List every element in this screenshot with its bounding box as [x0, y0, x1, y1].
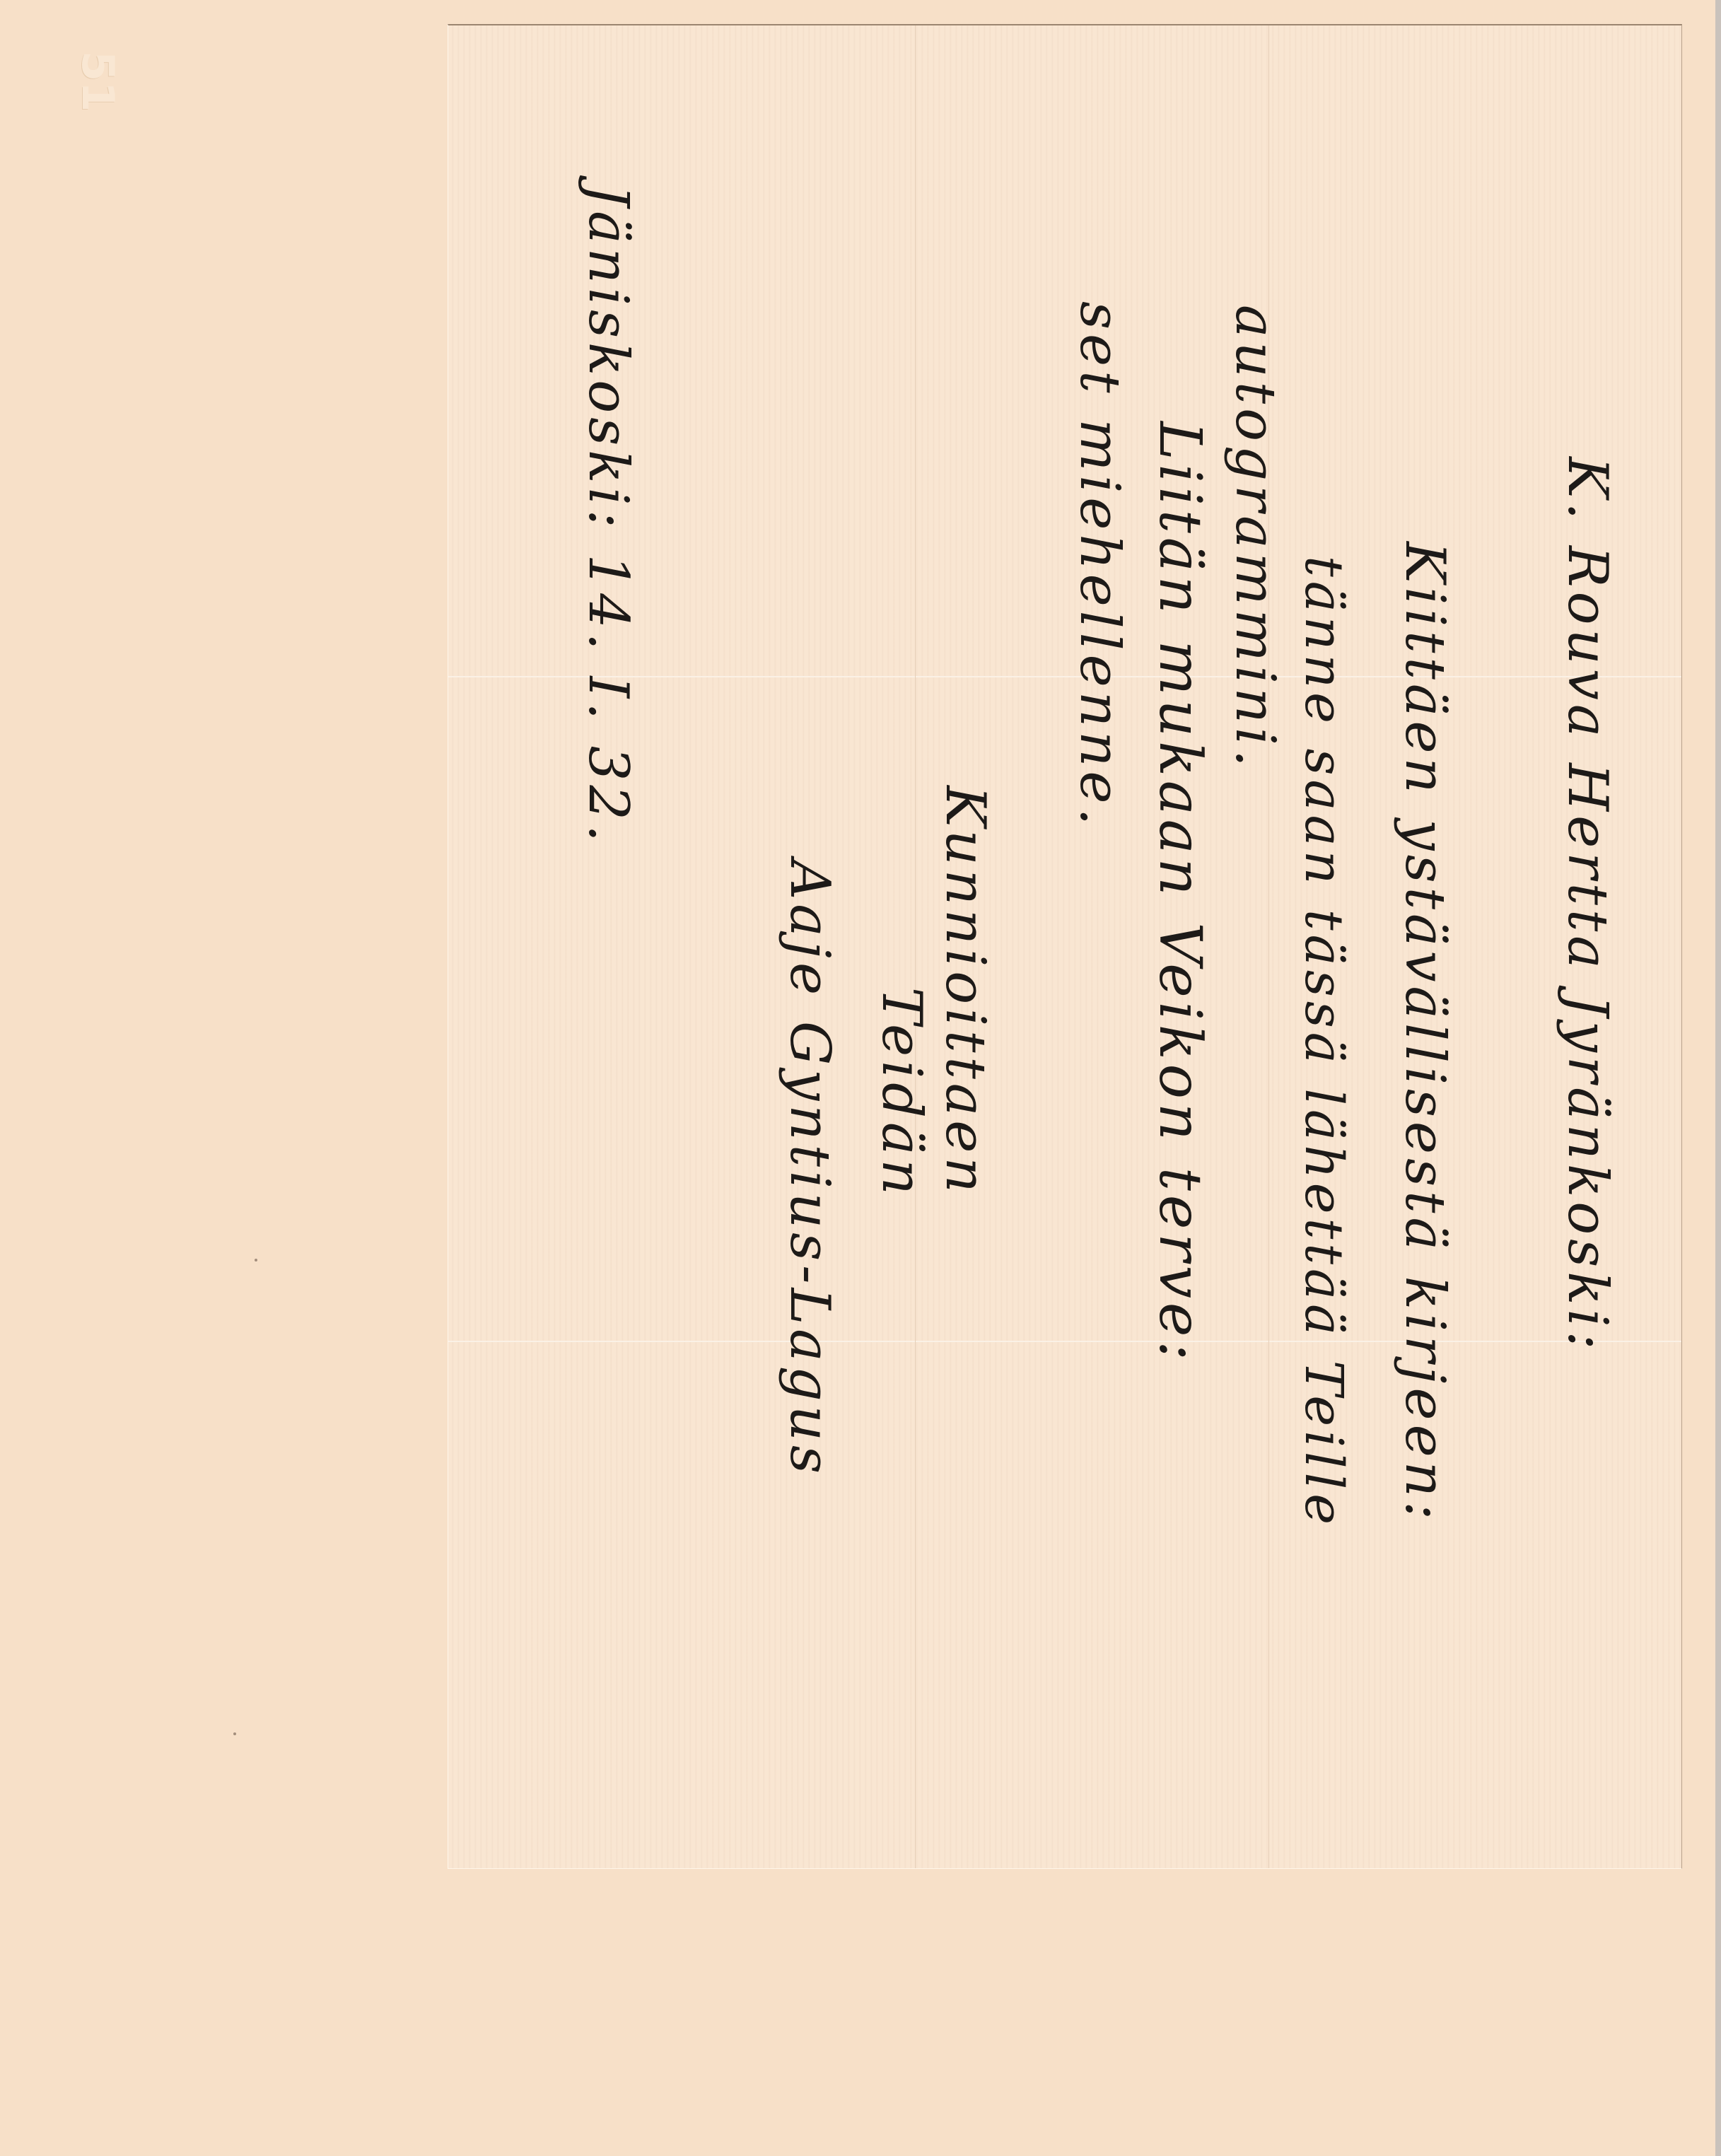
letter-place-date: Jäniskoski: 14. I. 32.	[581, 185, 636, 846]
letter-signature: Aaje Gyntius-Lagus	[782, 860, 837, 1478]
letter-body-line-1: Kiittäen ystävällisestä kirjeen:	[1397, 542, 1452, 1524]
embossed-page-number: 51	[67, 51, 124, 93]
letter-salutation: K. Rouva Hertta Jyränkoski:	[1560, 457, 1615, 1354]
letter-closing: Kunnioittaen	[938, 786, 993, 1197]
fold-line	[1268, 25, 1269, 1868]
fold-line	[915, 25, 916, 1868]
letter-body-line-5: set miehellenne.	[1072, 301, 1127, 829]
letter-body-line-4: Liitän mukaan Veikon terve:	[1150, 421, 1208, 1365]
letter-closing-teidan: Teidän	[874, 987, 929, 1199]
handwritten-letter-sheet: K. Rouva Hertta Jyränkoski: Kiittäen yst…	[448, 24, 1682, 1869]
paper-speck	[255, 1259, 257, 1261]
fold-line	[448, 1341, 1681, 1342]
letter-body-line-3: autogrammini.	[1227, 305, 1283, 771]
paper-speck	[233, 1732, 236, 1735]
mount-edge	[1715, 0, 1721, 2156]
album-mount-page: 51 K. Rouva Hertta Jyränkoski: Kiittäen …	[0, 0, 1715, 2156]
letter-body-line-2: tänne saan tässä lähettää Teille	[1297, 556, 1350, 1529]
